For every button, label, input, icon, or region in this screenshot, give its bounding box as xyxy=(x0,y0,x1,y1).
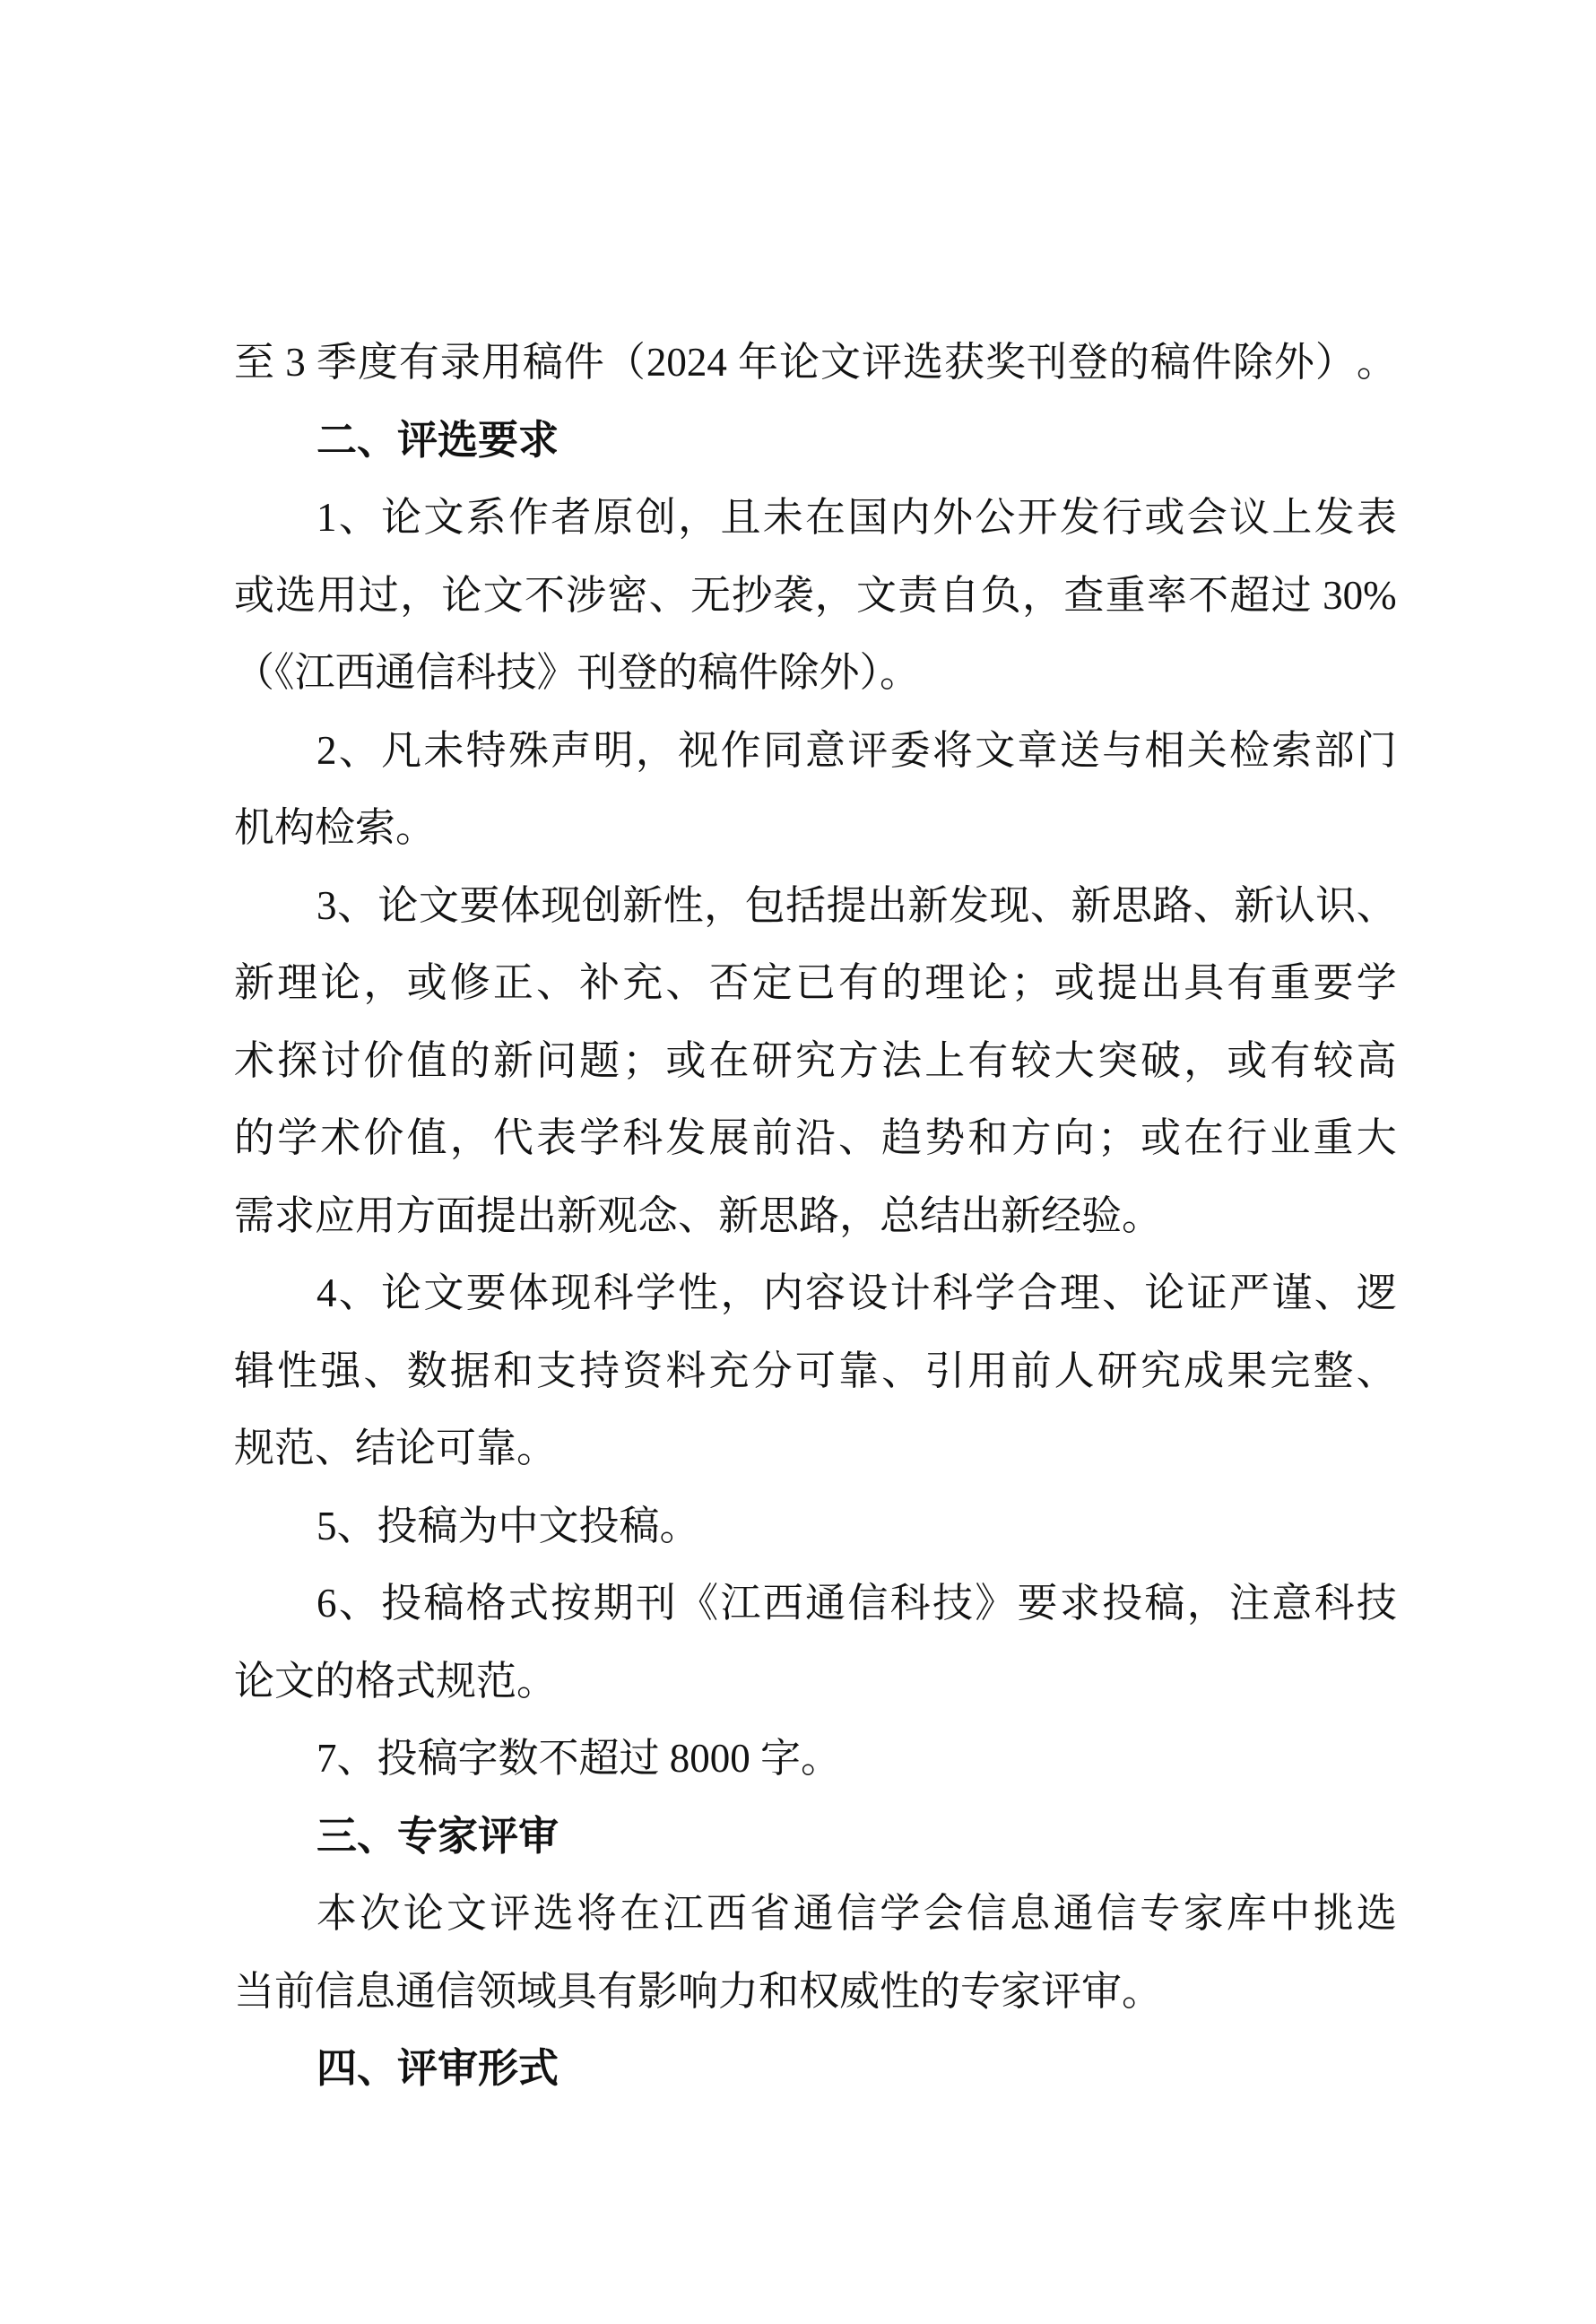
text-line: 1、论文系作者原创，且未在国内外公开发行或会议上发表 xyxy=(234,479,1397,557)
text-line: 7、投稿字数不超过 8000 字。 xyxy=(234,1720,1397,1798)
text-line: 至 3 季度有录用稿件（2024 年论文评选获奖刊登的稿件除外）。 xyxy=(234,324,1397,402)
text-line: 4、论文要体现科学性，内容设计科学合理、论证严谨、逻 xyxy=(234,1254,1397,1332)
section-heading: 四、评审形式 xyxy=(234,2030,1397,2108)
text-line: 5、投稿为中文投稿。 xyxy=(234,1487,1397,1565)
text-line: 规范、结论可靠。 xyxy=(234,1409,1397,1487)
text-line: 术探讨价值的新问题；或在研究方法上有较大突破，或有较高 xyxy=(234,1022,1397,1100)
text-line: 的学术价值，代表学科发展前沿、趋势和方向；或在行业重大 xyxy=(234,1099,1397,1177)
document-page: 至 3 季度有录用稿件（2024 年论文评选获奖刊登的稿件除外）。二、评选要求1… xyxy=(0,0,1596,2324)
text-line: （《江西通信科技》刊登的稿件除外）。 xyxy=(234,634,1397,712)
text-line: 论文的格式规范。 xyxy=(234,1643,1397,1721)
text-line: 6、投稿格式按期刊《江西通信科技》要求投稿，注意科技 xyxy=(234,1565,1397,1643)
text-line: 2、凡未特殊声明，视作同意评委将文章送与相关检索部门 xyxy=(234,712,1397,790)
section-heading: 三、专家评审 xyxy=(234,1798,1397,1876)
text-line: 机构检索。 xyxy=(234,789,1397,867)
document-content: 至 3 季度有录用稿件（2024 年论文评选获奖刊登的稿件除外）。二、评选要求1… xyxy=(234,324,1397,2108)
text-line: 需求应用方面提出新观念、新思路，总结出新经验。 xyxy=(234,1177,1397,1255)
text-line: 辑性强、数据和支持资料充分可靠、引用前人研究成果完整、 xyxy=(234,1332,1397,1410)
text-line: 新理论，或修正、补充、否定已有的理论；或提出具有重要学 xyxy=(234,944,1397,1022)
text-line: 本次论文评选将在江西省通信学会信息通信专家库中挑选 xyxy=(234,1875,1397,1953)
text-line: 当前信息通信领域具有影响力和权威性的专家评审。 xyxy=(234,1953,1397,2031)
text-line: 3、论文要体现创新性，包括提出新发现、新思路、新认识、 xyxy=(234,867,1397,945)
section-heading: 二、评选要求 xyxy=(234,402,1397,480)
text-line: 或选用过，论文不涉密、无抄袭，文责自负，查重率不超过 30% xyxy=(234,557,1397,635)
